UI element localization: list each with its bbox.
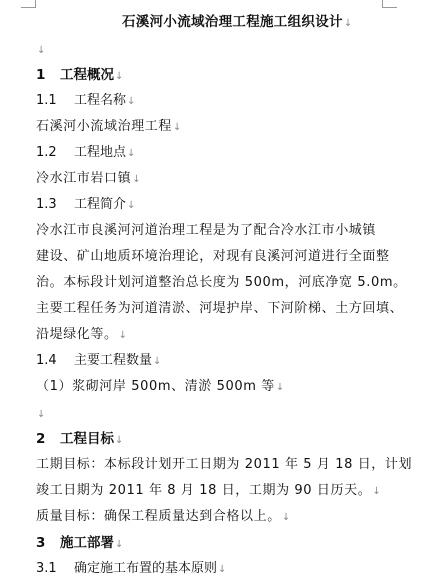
paragraph-mark-icon: ↓ — [132, 174, 141, 185]
heading-text: 工程概况 — [60, 67, 114, 83]
heading-text: 主要工程数量 — [74, 353, 152, 368]
heading-number: 1.4 — [36, 353, 74, 369]
heading-section-3[interactable]: 3施工部署↓ — [36, 535, 123, 553]
heading-text: 施工部署 — [60, 535, 114, 551]
heading-section-1-4[interactable]: 1.4主要工程数量↓ — [36, 353, 161, 370]
paragraph-mark-icon: ↓ — [127, 200, 135, 211]
heading-section-1-2[interactable]: 1.2工程地点↓ — [36, 145, 135, 162]
paragraph-mark-icon: ↓ — [127, 148, 135, 159]
paragraph-mark-icon: ↓ — [218, 564, 226, 575]
paragraph-intro-line[interactable]: 治。本标段计划河道整治总长度为 500m，河底净宽 5.0m。 — [36, 275, 407, 291]
paragraph-mark-icon: ↓ — [119, 330, 128, 341]
heading-number: 1.2 — [36, 145, 74, 161]
paragraph-intro-line[interactable]: 冷水江市良溪河河道治理工程是为了配合冷水江市小城镇 — [36, 223, 376, 239]
paragraph-mark-icon: ↓ — [115, 539, 123, 550]
heading-section-1-3[interactable]: 1.3工程简介↓ — [36, 197, 135, 214]
heading-number: 1.3 — [36, 197, 74, 213]
paragraph-mark-icon: ↓ — [115, 71, 123, 82]
paragraph-intro-line[interactable]: 沿堤绿化等。↓ — [36, 327, 128, 344]
paragraph-intro-line[interactable]: 主要工程任务为河道清淤、河堤护岸、下河阶梯、土方回填、 — [36, 301, 403, 317]
heading-text: 工程目标 — [60, 431, 114, 447]
heading-text: 工程地点 — [74, 145, 126, 160]
paragraph-project-name[interactable]: 石溪河小流域治理工程↓ — [36, 119, 182, 136]
heading-number: 1 — [36, 67, 60, 83]
empty-paragraph[interactable]: ↓ — [36, 42, 45, 59]
paragraph-mark-icon: ↓ — [173, 122, 182, 133]
paragraph-intro-line[interactable]: 建设、矿山地质环境治理论，对现有良溪河河道进行全面整 — [36, 249, 390, 265]
document-title[interactable]: 石溪河小流域治理工程施工组织设计↓ — [122, 14, 353, 32]
paragraph-mark-icon: ↓ — [344, 18, 353, 29]
heading-number: 1.1 — [36, 93, 74, 109]
paragraph-schedule-goal[interactable]: 竣工日期为 2011 年 8 月 18 日，工期为 90 日历天。↓ — [36, 483, 381, 500]
heading-number: 3 — [36, 535, 60, 551]
paragraph-mark-icon: ↓ — [276, 382, 285, 393]
heading-number: 2 — [36, 431, 60, 447]
paragraph-quality-goal[interactable]: 质量目标：确保工程质量达到合格以上。↓ — [36, 509, 291, 526]
paragraph-mark-icon: ↓ — [37, 45, 45, 56]
paragraph-project-location[interactable]: 冷水江市岩口镇↓ — [36, 171, 141, 188]
heading-section-1[interactable]: 1工程概况↓ — [36, 67, 123, 85]
paragraph-schedule-goal[interactable]: 工期目标：本标段计划开工日期为 2011 年 5 月 18 日，计划 — [36, 457, 412, 473]
paragraph-mark-icon: ↓ — [127, 96, 135, 107]
heading-section-3-1[interactable]: 3.1确定施工布置的基本原则↓ — [36, 561, 226, 578]
heading-section-2[interactable]: 2工程目标↓ — [36, 431, 123, 449]
heading-text: 工程简介 — [74, 197, 126, 212]
paragraph-mark-icon: ↓ — [282, 512, 291, 523]
empty-paragraph[interactable]: ↓ — [36, 406, 45, 423]
heading-section-1-1[interactable]: 1.1工程名称↓ — [36, 93, 135, 110]
paragraph-mark-icon: ↓ — [37, 409, 45, 420]
page-corner-mark-left — [21, 0, 36, 8]
paragraph-mark-icon: ↓ — [115, 435, 123, 446]
paragraph-mark-icon: ↓ — [372, 486, 381, 497]
heading-text: 确定施工布置的基本原则 — [74, 561, 217, 576]
page-corner-mark-right — [382, 0, 397, 8]
paragraph-quantities[interactable]: （1）浆砌河岸 500m、清淤 500m 等↓ — [36, 379, 285, 396]
heading-text: 工程名称 — [74, 93, 126, 108]
paragraph-mark-icon: ↓ — [153, 356, 161, 367]
heading-number: 3.1 — [36, 561, 74, 577]
